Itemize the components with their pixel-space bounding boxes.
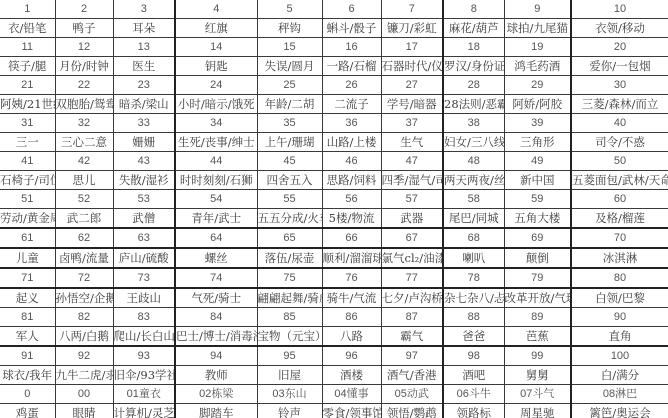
word-cell[interactable]: 八路 (322, 327, 381, 347)
word-cell[interactable]: 钥匙 (175, 57, 257, 76)
number-cell[interactable]: 65 (257, 228, 322, 248)
word-cell[interactable]: 顺利/溜溜球 (322, 248, 381, 268)
number-cell[interactable]: 48 (443, 152, 504, 171)
number-row: 31323334353637383940 (0, 114, 668, 133)
number-cell[interactable]: 08淋巴 (571, 385, 668, 404)
word-cell[interactable]: 生气 (381, 133, 443, 152)
number-cell[interactable]: 44 (175, 152, 257, 171)
word-cell[interactable]: 武器 (381, 209, 443, 229)
word-row: 阿姨/21世纪双胞胎/鸳鸯暗杀/梁山小时/暗示/饿死年龄/二胡二流子学号/暗器2… (0, 95, 668, 114)
number-cell[interactable]: 23 (113, 76, 175, 95)
number-cell[interactable]: 43 (113, 152, 175, 171)
number-cell[interactable]: 26 (322, 76, 381, 95)
word-cell[interactable]: 失散/湿衫 (113, 171, 175, 190)
word-cell[interactable]: 酒楼 (322, 366, 381, 385)
word-cell[interactable]: 新中国 (504, 171, 571, 190)
number-cell[interactable]: 18 (443, 38, 504, 57)
word-row: 筷子/腿月份/时钟医生钥匙失误/圆月一路/石榴石器时代/仪器罗汉/身份证鸿毛药酒… (0, 57, 668, 76)
number-cell[interactable]: 87 (381, 308, 443, 327)
number-cell[interactable]: 95 (257, 346, 322, 366)
word-cell[interactable]: 氯气cl₂/油漆 (381, 248, 443, 268)
number-cell[interactable]: 98 (443, 346, 504, 366)
word-cell[interactable]: 霸气 (381, 327, 443, 347)
word-cell[interactable]: 五五分成/火车 (257, 209, 322, 229)
number-cell[interactable]: 61 (0, 228, 55, 248)
word-cell[interactable]: 骑牛/气流 (322, 288, 381, 308)
word-cell[interactable]: 七夕/卢沟桥 (381, 288, 443, 308)
word-cell[interactable]: 蝌斗/骰子 (322, 19, 381, 38)
word-cell[interactable]: 爬山/长白山 (113, 327, 175, 347)
word-cell[interactable]: 白/满分 (571, 366, 668, 385)
word-cell[interactable]: 阿姨/21世纪 (0, 95, 55, 114)
number-cell[interactable]: 40 (571, 114, 668, 133)
word-cell[interactable]: 酒气/香港 (381, 366, 443, 385)
word-cell[interactable]: 五菱面包/武林/天命 (571, 171, 668, 190)
number-cell[interactable]: 82 (55, 308, 113, 327)
word-cell[interactable]: 爸爸 (443, 327, 504, 347)
number-cell[interactable]: 45 (257, 152, 322, 171)
number-cell[interactable]: 91 (0, 346, 55, 366)
word-cell[interactable]: 秤钩 (257, 19, 322, 38)
number-cell[interactable]: 4 (175, 0, 257, 19)
word-cell[interactable]: 舅舅 (504, 366, 571, 385)
number-cell[interactable]: 90 (571, 308, 668, 327)
word-cell[interactable]: 杂七杂八/忐忑 (443, 288, 504, 308)
word-cell[interactable]: 失误/圆月 (257, 57, 322, 76)
number-cell[interactable]: 68 (443, 228, 504, 248)
number-cell[interactable]: 92 (55, 346, 113, 366)
word-cell[interactable]: 三菱/森林/而立 (571, 95, 668, 114)
number-cell[interactable]: 75 (257, 268, 322, 288)
number-cell[interactable]: 29 (504, 76, 571, 95)
number-cell[interactable]: 89 (504, 308, 571, 327)
word-cell[interactable]: 鸭子 (55, 19, 113, 38)
number-cell[interactable]: 34 (175, 114, 257, 133)
word-cell[interactable]: 镰刀/彩虹 (381, 19, 443, 38)
number-cell[interactable]: 81 (0, 308, 55, 327)
word-cell[interactable]: 王歧山 (113, 288, 175, 308)
number-cell[interactable]: 71 (0, 268, 55, 288)
number-cell[interactable]: 93 (113, 346, 175, 366)
number-cell[interactable]: 66 (322, 228, 381, 248)
word-cell[interactable]: 姗姗 (113, 133, 175, 152)
number-cell[interactable]: 14 (175, 38, 257, 57)
number-cell[interactable]: 69 (504, 228, 571, 248)
word-cell[interactable]: 暗杀/梁山 (113, 95, 175, 114)
word-cell[interactable]: 气死/骑士 (175, 288, 257, 308)
word-row: 劳动/黄金周武二郎武僧青年/武士五五分成/火车5楼/物流武器尾巴/同城五角大楼及… (0, 209, 668, 229)
number-cell[interactable]: 47 (381, 152, 443, 171)
word-cell[interactable]: 司令/不惑 (571, 133, 668, 152)
number-cell[interactable]: 27 (381, 76, 443, 95)
number-cell[interactable]: 04懂事 (322, 385, 381, 404)
number-cell[interactable]: 05动武 (381, 385, 443, 404)
word-cell[interactable]: 篱笆/奥运会 (571, 404, 668, 418)
number-row: 11121314151617181920 (0, 38, 668, 57)
word-cell[interactable]: 酒吧 (443, 366, 504, 385)
word-cell[interactable]: 筷子/腿 (0, 57, 55, 76)
word-row: 球衣/我年九牛二虎/求爱旧伞/93学社教师旧屋酒楼酒气/香港酒吧舅舅白/满分 (0, 366, 668, 385)
word-cell[interactable]: 铃声 (257, 404, 322, 418)
number-cell[interactable]: 86 (322, 308, 381, 327)
number-cell[interactable]: 19 (504, 38, 571, 57)
word-cell[interactable]: 学号/暗器 (381, 95, 443, 114)
number-cell[interactable]: 16 (322, 38, 381, 57)
number-cell[interactable]: 6 (322, 0, 381, 19)
number-cell[interactable]: 60 (571, 190, 668, 209)
word-cell[interactable]: 衣/铅笔 (0, 19, 55, 38)
number-row: 81828384858687888990 (0, 308, 668, 327)
word-cell[interactable]: 双胞胎/鸳鸯 (55, 95, 113, 114)
number-cell[interactable]: 9 (504, 0, 571, 19)
number-cell[interactable]: 84 (175, 308, 257, 327)
word-cell[interactable]: 劳动/黄金周 (0, 209, 55, 229)
number-cell[interactable]: 57 (381, 190, 443, 209)
number-cell[interactable]: 49 (504, 152, 571, 171)
word-cell[interactable]: 巴士/博士/消毒液 (175, 327, 257, 347)
number-cell[interactable]: 7 (381, 0, 443, 19)
word-cell[interactable]: 冰淇淋 (571, 248, 668, 268)
number-cell[interactable]: 24 (175, 76, 257, 95)
word-cell[interactable]: 时时刻刻/石狮 (175, 171, 257, 190)
number-cell[interactable]: 99 (504, 346, 571, 366)
word-cell[interactable]: 旧伞/93学社 (113, 366, 175, 385)
word-row: 鸡蛋眼睛计算机/灵芝脚踏车铃声零食/领事馆领悟/鹦鹉领路标周星驰篱笆/奥运会 (0, 404, 668, 418)
word-cell[interactable]: 三心二意 (55, 133, 113, 152)
number-cell[interactable]: 3 (113, 0, 175, 19)
number-cell[interactable]: 36 (322, 114, 381, 133)
number-row: 41424344454647484950 (0, 152, 668, 171)
number-cell[interactable]: 35 (257, 114, 322, 133)
number-cell[interactable]: 72 (55, 268, 113, 288)
number-cell[interactable]: 13 (113, 38, 175, 57)
word-cell[interactable]: 球拍/九尾猫 (504, 19, 571, 38)
number-cell[interactable]: 03东山 (257, 385, 322, 404)
word-cell[interactable]: 卤鸭/流量 (55, 248, 113, 268)
number-cell[interactable]: 78 (443, 268, 504, 288)
word-cell[interactable]: 翩翩起舞/骑虎 (257, 288, 322, 308)
word-cell[interactable]: 白领/巴黎 (571, 288, 668, 308)
number-cell[interactable]: 12 (55, 38, 113, 57)
number-cell[interactable]: 37 (381, 114, 443, 133)
number-cell[interactable]: 41 (0, 152, 55, 171)
number-word-table: 12345678910衣/铅笔鸭子耳朵红旗秤钩蝌斗/骰子镰刀/彩虹麻花/葫芦球拍… (0, 0, 668, 418)
word-cell[interactable]: 耳朵 (113, 19, 175, 38)
number-cell[interactable]: 07斗气 (504, 385, 571, 404)
number-cell[interactable]: 64 (175, 228, 257, 248)
number-cell[interactable]: 21 (0, 76, 55, 95)
number-cell[interactable]: 33 (113, 114, 175, 133)
number-cell[interactable]: 32 (55, 114, 113, 133)
number-cell[interactable]: 52 (55, 190, 113, 209)
number-cell[interactable]: 77 (381, 268, 443, 288)
number-cell[interactable]: 42 (55, 152, 113, 171)
word-cell[interactable]: 三角形 (504, 133, 571, 152)
number-cell[interactable]: 30 (571, 76, 668, 95)
word-cell[interactable]: 领悟/鹦鹉 (381, 404, 443, 418)
word-cell[interactable]: 喇叭 (443, 248, 504, 268)
word-row: 军人八两/白鹅爬山/长白山巴士/博士/消毒液宝物（元宝）八路霸气爸爸芭蕉直角 (0, 327, 668, 347)
word-cell[interactable]: 四舍五入 (257, 171, 322, 190)
word-cell[interactable]: 颠倒 (504, 248, 571, 268)
word-row: 起义孙悟空/企鹅王歧山气死/骑士翩翩起舞/骑虎骑牛/气流七夕/卢沟桥杂七杂八/忐… (0, 288, 668, 308)
word-cell[interactable]: 四季/湿气/司机 (381, 171, 443, 190)
number-cell[interactable]: 85 (257, 308, 322, 327)
word-cell[interactable]: 零食/领事馆 (322, 404, 381, 418)
word-cell[interactable]: 阿娇/阿胶 (504, 95, 571, 114)
word-cell[interactable]: 宝物（元宝） (257, 327, 322, 347)
word-cell[interactable]: 庐山/硫酸 (113, 248, 175, 268)
number-row: 21222324252627282930 (0, 76, 668, 95)
word-row: 儿童卤鸭/流量庐山/硫酸螺丝落伍/尿壶顺利/溜溜球氯气cl₂/油漆喇叭颠倒冰淇淋 (0, 248, 668, 268)
number-row: 71727374757677787980 (0, 268, 668, 288)
word-cell[interactable]: 石器时代/仪器 (381, 57, 443, 76)
number-row: 61626364656667686970 (0, 228, 668, 248)
number-cell[interactable]: 54 (175, 190, 257, 209)
number-cell[interactable]: 70 (571, 228, 668, 248)
word-cell[interactable]: 一路/石榴 (322, 57, 381, 76)
number-cell[interactable]: 94 (175, 346, 257, 366)
word-row: 三一三心二意姗姗生死/丧事/绅士上午/珊瑚山路/上楼生气妇女/三八线三角形司令/… (0, 133, 668, 152)
number-cell[interactable]: 74 (175, 268, 257, 288)
number-cell[interactable]: 0 (0, 385, 55, 404)
number-cell[interactable]: 17 (381, 38, 443, 57)
word-cell[interactable]: 五角大楼 (504, 209, 571, 229)
number-cell[interactable]: 8 (443, 0, 504, 19)
word-cell[interactable]: 周星驰 (504, 404, 571, 418)
word-cell[interactable]: 旧屋 (257, 366, 322, 385)
number-cell[interactable]: 11 (0, 38, 55, 57)
word-cell[interactable]: 二流子 (322, 95, 381, 114)
number-cell[interactable]: 73 (113, 268, 175, 288)
number-cell[interactable]: 20 (571, 38, 668, 57)
word-cell[interactable]: 军人 (0, 327, 55, 347)
word-cell[interactable]: 青年/武士 (175, 209, 257, 229)
number-cell[interactable]: 80 (571, 268, 668, 288)
number-cell[interactable]: 2 (55, 0, 113, 19)
word-cell[interactable]: 球衣/我年 (0, 366, 55, 385)
word-cell[interactable]: 上午/珊瑚 (257, 133, 322, 152)
number-cell[interactable]: 83 (113, 308, 175, 327)
number-cell[interactable]: 53 (113, 190, 175, 209)
word-row: 石椅子/司仪思儿失散/湿衫时时刻刻/石狮四舍五入思路/饲料四季/湿气/司机两天两… (0, 171, 668, 190)
number-cell[interactable]: 02栋梁 (175, 385, 257, 404)
word-cell[interactable]: 爱你/一包烟 (571, 57, 668, 76)
word-cell[interactable]: 尾巴/同城 (443, 209, 504, 229)
word-cell[interactable]: 5楼/物流 (322, 209, 381, 229)
number-cell[interactable]: 15 (257, 38, 322, 57)
word-cell[interactable]: 月份/时钟 (55, 57, 113, 76)
word-cell[interactable]: 罗汉/身份证 (443, 57, 504, 76)
word-cell[interactable]: 芭蕉 (504, 327, 571, 347)
number-row: 919293949596979899100 (0, 346, 668, 366)
number-cell[interactable]: 55 (257, 190, 322, 209)
word-cell[interactable]: 鸡蛋 (0, 404, 55, 418)
number-cell[interactable]: 46 (322, 152, 381, 171)
number-cell[interactable]: 31 (0, 114, 55, 133)
word-cell[interactable]: 两天两夜/丝瓜 (443, 171, 504, 190)
word-cell[interactable]: 改革开放/气球 (504, 288, 571, 308)
word-cell[interactable]: 直角 (571, 327, 668, 347)
number-cell[interactable]: 58 (443, 190, 504, 209)
number-cell[interactable]: 63 (113, 228, 175, 248)
word-cell[interactable]: 螺丝 (175, 248, 257, 268)
word-cell[interactable]: 教师 (175, 366, 257, 385)
number-cell[interactable]: 06斗牛 (443, 385, 504, 404)
word-cell[interactable]: 衣领/移动 (571, 19, 668, 38)
number-cell[interactable]: 01童衣 (113, 385, 175, 404)
word-cell[interactable]: 九牛二虎/求爱 (55, 366, 113, 385)
number-cell[interactable]: 76 (322, 268, 381, 288)
word-cell[interactable]: 三一 (0, 133, 55, 152)
word-cell[interactable]: 石椅子/司仪 (0, 171, 55, 190)
number-cell[interactable]: 50 (571, 152, 668, 171)
word-cell[interactable]: 小时/暗示/饿死 (175, 95, 257, 114)
word-cell[interactable]: 医生 (113, 57, 175, 76)
number-row: 51525354555657585960 (0, 190, 668, 209)
word-cell[interactable]: 红旗 (175, 19, 257, 38)
word-cell[interactable]: 武僧 (113, 209, 175, 229)
number-cell[interactable]: 28 (443, 76, 504, 95)
number-cell[interactable]: 5 (257, 0, 322, 19)
number-row: 00001童衣02栋梁03东山04懂事05动武06斗牛07斗气08淋巴 (0, 385, 668, 404)
number-cell[interactable]: 38 (443, 114, 504, 133)
number-cell[interactable]: 97 (381, 346, 443, 366)
number-cell[interactable]: 100 (571, 346, 668, 366)
number-cell[interactable]: 88 (443, 308, 504, 327)
word-cell[interactable]: 落伍/尿壶 (257, 248, 322, 268)
word-cell[interactable]: 眼睛 (55, 404, 113, 418)
word-cell[interactable]: 计算机/灵芝 (113, 404, 175, 418)
number-cell[interactable]: 22 (55, 76, 113, 95)
number-cell[interactable]: 56 (322, 190, 381, 209)
number-cell[interactable]: 25 (257, 76, 322, 95)
word-cell[interactable]: 及格/榴莲 (571, 209, 668, 229)
word-cell[interactable]: 武二郎 (55, 209, 113, 229)
word-cell[interactable]: 年龄/二胡 (257, 95, 322, 114)
word-cell[interactable]: 鸿毛药酒 (504, 57, 571, 76)
word-cell[interactable]: 儿童 (0, 248, 55, 268)
number-cell[interactable]: 67 (381, 228, 443, 248)
number-cell[interactable]: 10 (571, 0, 668, 19)
number-cell[interactable]: 79 (504, 268, 571, 288)
number-cell[interactable]: 00 (55, 385, 113, 404)
word-cell[interactable]: 妇女/三八线 (443, 133, 504, 152)
number-cell[interactable]: 51 (0, 190, 55, 209)
number-cell[interactable]: 39 (504, 114, 571, 133)
word-cell[interactable]: 思路/饲料 (322, 171, 381, 190)
number-cell[interactable]: 62 (55, 228, 113, 248)
word-cell[interactable]: 孙悟空/企鹅 (55, 288, 113, 308)
word-cell[interactable]: 领路标 (443, 404, 504, 418)
word-cell[interactable]: 生死/丧事/绅士 (175, 133, 257, 152)
number-row: 12345678910 (0, 0, 668, 19)
word-cell[interactable]: 28法则/恶霸 (443, 95, 504, 114)
number-cell[interactable]: 59 (504, 190, 571, 209)
word-cell[interactable]: 八两/白鹅 (55, 327, 113, 347)
word-cell[interactable]: 脚踏车 (175, 404, 257, 418)
word-cell[interactable]: 思儿 (55, 171, 113, 190)
word-cell[interactable]: 麻花/葫芦 (443, 19, 504, 38)
number-cell[interactable]: 96 (322, 346, 381, 366)
number-cell[interactable]: 1 (0, 0, 55, 19)
word-cell[interactable]: 起义 (0, 288, 55, 308)
word-cell[interactable]: 山路/上楼 (322, 133, 381, 152)
word-row: 衣/铅笔鸭子耳朵红旗秤钩蝌斗/骰子镰刀/彩虹麻花/葫芦球拍/九尾猫衣领/移动 (0, 19, 668, 38)
